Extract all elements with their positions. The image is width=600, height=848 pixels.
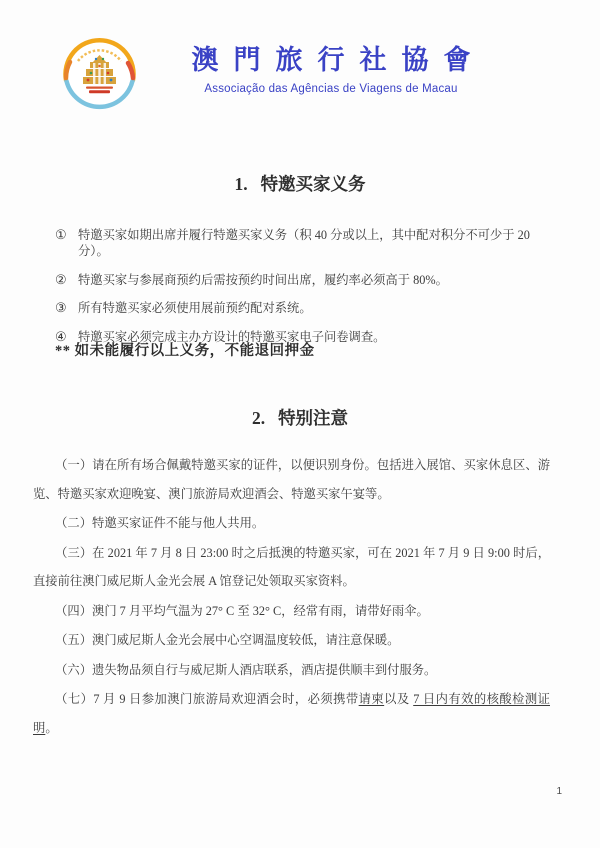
note-paragraph-1: （一）请在所有场合佩戴特邀买家的证件，以便识别身份。包括进入展馆、买家休息区、游… bbox=[33, 451, 550, 508]
section2-title: 特别注意 bbox=[278, 408, 348, 428]
association-title-chinese: 澳門旅行社協會 bbox=[62, 44, 600, 76]
list-item-text: 所有特邀买家必须使用展前预约配对系统。 bbox=[78, 300, 312, 316]
list-item: ③ 所有特邀买家必须使用展前预约配对系统。 bbox=[55, 300, 562, 316]
obligations-list: ① 特邀买家如期出席并履行特邀买家义务（积 40 分或以上，其中配对积分不可少于… bbox=[55, 227, 562, 357]
special-notes: （一）请在所有场合佩戴特邀买家的证件，以便识别身份。包括进入展馆、买家休息区、游… bbox=[33, 451, 550, 743]
list-item: ② 特邀买家与参展商预约后需按预约时间出席，履约率必须高于 80%。 bbox=[55, 272, 562, 288]
section2-heading: 2.特别注意 bbox=[0, 406, 600, 430]
note-paragraph-5: （五）澳门威尼斯人金光会展中心空调温度较低，请注意保暖。 bbox=[33, 626, 550, 655]
note7-underlined-invitation: 请柬 bbox=[359, 692, 385, 706]
note-paragraph-7: （七）7 月 9 日参加澳门旅游局欢迎酒会时，必须携带请柬以及 7 日内有效的核… bbox=[33, 685, 550, 742]
document-page: 澳門旅行社協會 Associação das Agências de Viage… bbox=[0, 0, 600, 848]
circled-number-3: ③ bbox=[55, 300, 78, 316]
deposit-note: ** 如未能履行以上义务，不能退回押金 bbox=[55, 342, 562, 360]
letterhead: 澳門旅行社協會 Associação das Agências de Viage… bbox=[0, 44, 600, 95]
list-item-text: 特邀买家如期出席并履行特邀买家义务（积 40 分或以上，其中配对积分不可少于 2… bbox=[78, 227, 562, 259]
section1-title: 特邀买家义务 bbox=[261, 174, 366, 194]
section1-heading: 1.特邀买家义务 bbox=[0, 172, 600, 196]
circled-number-1: ① bbox=[55, 227, 78, 243]
association-title-portuguese: Associação das Agências de Viagens de Ma… bbox=[62, 83, 600, 95]
list-item-text: 特邀买家与参展商预约后需按预约时间出席，履约率必须高于 80%。 bbox=[78, 272, 448, 288]
note7-suffix: 。 bbox=[45, 721, 57, 735]
circled-number-2: ② bbox=[55, 272, 78, 288]
note-paragraph-6: （六）遗失物品须自行与威尼斯人酒店联系，酒店提供顺丰到付服务。 bbox=[33, 656, 550, 685]
page-number: 1 bbox=[556, 786, 562, 797]
note-paragraph-4: （四）澳门 7 月平均气温为 27° C 至 32° C，经常有雨，请带好雨伞。 bbox=[33, 597, 550, 626]
list-item: ① 特邀买家如期出席并履行特邀买家义务（积 40 分或以上，其中配对积分不可少于… bbox=[55, 227, 562, 259]
note-paragraph-3: （三）在 2021 年 7 月 8 日 23:00 时之后抵澳的特邀买家，可在 … bbox=[33, 539, 550, 596]
section2-number: 2. bbox=[252, 408, 265, 428]
note7-middle: 以及 bbox=[384, 692, 413, 706]
note-paragraph-2: （二）特邀买家证件不能与他人共用。 bbox=[33, 509, 550, 538]
section1-number: 1. bbox=[234, 174, 247, 194]
note7-prefix: （七）7 月 9 日参加澳门旅游局欢迎酒会时，必须携带 bbox=[55, 692, 359, 706]
